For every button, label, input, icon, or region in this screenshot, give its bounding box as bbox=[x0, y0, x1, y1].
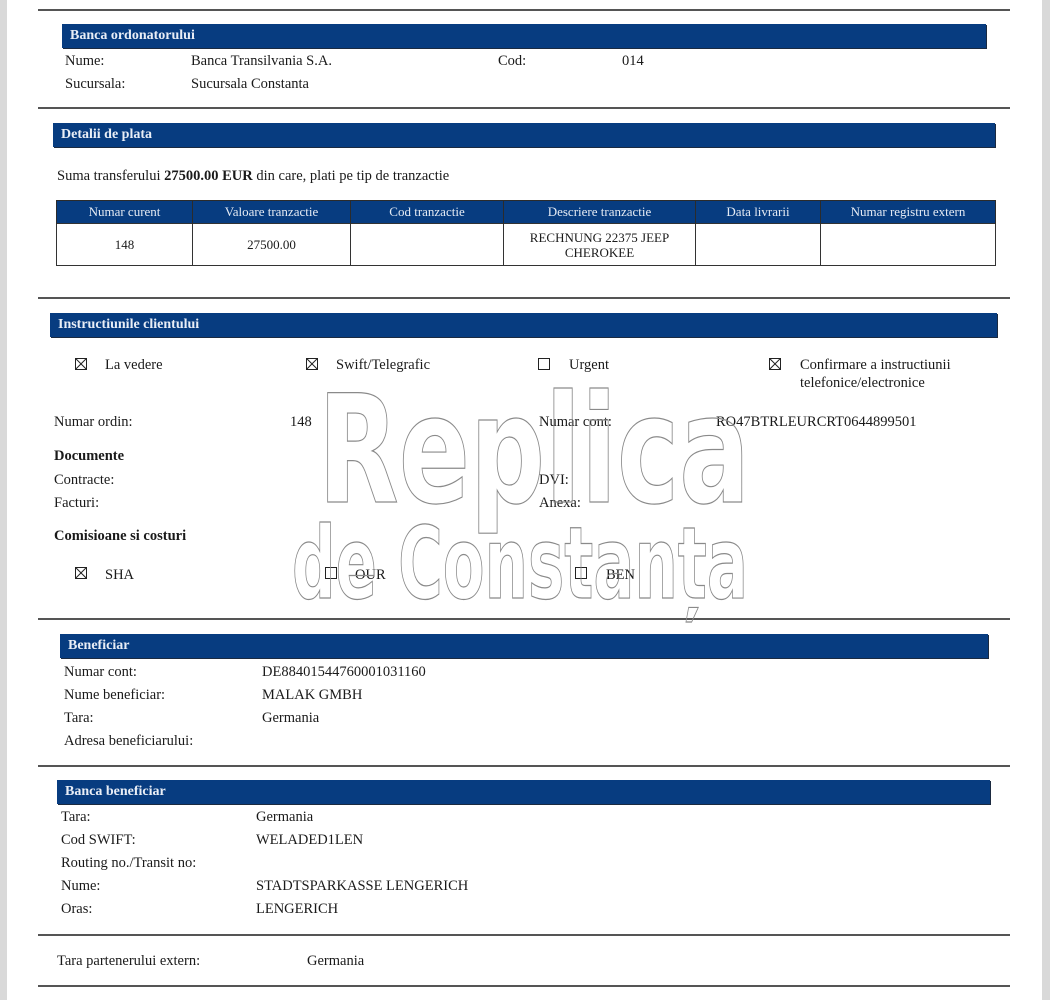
account-number-value: RO47BTRLEURCRT0644899501 bbox=[716, 413, 917, 431]
column-header: Cod tranzactie bbox=[351, 201, 504, 224]
option-label-swift-telegrafic: Swift/Telegrafic bbox=[336, 356, 430, 374]
cell-delivery-date bbox=[696, 224, 821, 266]
page-edge-right bbox=[1042, 0, 1050, 1000]
documents-heading: Documente bbox=[54, 447, 124, 465]
fee-label-sha: SHA bbox=[105, 566, 134, 584]
cell-external-register bbox=[821, 224, 996, 266]
annex-label: Anexa: bbox=[539, 494, 581, 512]
cell-transaction-code bbox=[351, 224, 504, 266]
option-label-urgent: Urgent bbox=[569, 356, 609, 374]
divider bbox=[38, 934, 1010, 936]
divider bbox=[38, 618, 1010, 620]
ordering-bank-name-label: Nume: bbox=[65, 52, 104, 70]
checkbox-swift-telegrafic[interactable] bbox=[306, 358, 318, 370]
beneficiary-account-value: DE88401544760001031160 bbox=[262, 663, 426, 681]
page-edge-left bbox=[0, 0, 7, 1000]
checkbox-confirmation[interactable] bbox=[769, 358, 781, 370]
beneficiary-country-value: Germania bbox=[262, 709, 319, 727]
option-label-la-vedere: La vedere bbox=[105, 356, 163, 374]
order-number-value: 148 bbox=[290, 413, 312, 431]
column-header: Numar curent bbox=[57, 201, 193, 224]
fee-label-ben: BEN bbox=[606, 566, 635, 584]
divider bbox=[38, 297, 1010, 299]
option-label-confirmation: Confirmare a instructiunii telefonice/el… bbox=[800, 356, 980, 392]
column-header: Numar registru extern bbox=[821, 201, 996, 224]
bank-country-value: Germania bbox=[256, 808, 313, 826]
invoices-label: Facturi: bbox=[54, 494, 99, 512]
routing-label: Routing no./Transit no: bbox=[61, 854, 196, 872]
table-row: 148 27500.00 RECHNUNG 22375 JEEP CHEROKE… bbox=[57, 224, 996, 266]
watermark: Replica de Constanța bbox=[0, 0, 1050, 1000]
beneficiary-name-value: MALAK GMBH bbox=[262, 686, 362, 704]
ordering-bank-branch-value: Sucursala Constanta bbox=[191, 75, 309, 93]
account-number-label: Numar cont: bbox=[539, 413, 612, 431]
checkbox-la-vedere[interactable] bbox=[75, 358, 87, 370]
fee-label-our: OUR bbox=[355, 566, 386, 584]
column-header: Descriere tranzactie bbox=[504, 201, 696, 224]
ordering-bank-code-label: Cod: bbox=[498, 52, 526, 70]
divider bbox=[38, 765, 1010, 767]
beneficiary-country-label: Tara: bbox=[64, 709, 94, 727]
partner-country-label: Tara partenerului extern: bbox=[57, 952, 200, 970]
divider bbox=[38, 107, 1010, 109]
bank-name-label: Nume: bbox=[61, 877, 100, 895]
beneficiary-name-label: Nume beneficiar: bbox=[64, 686, 165, 704]
transactions-table: Numar curent Valoare tranzactie Cod tran… bbox=[56, 200, 996, 266]
divider bbox=[38, 9, 1010, 11]
cell-transaction-description: RECHNUNG 22375 JEEP CHEROKEE bbox=[504, 224, 696, 266]
watermark-line2: de Constanța bbox=[292, 505, 748, 622]
ordering-bank-branch-label: Sucursala: bbox=[65, 75, 125, 93]
order-number-label: Numar ordin: bbox=[54, 413, 133, 431]
dvi-label: DVI: bbox=[539, 471, 569, 489]
section-header-ordering-bank: Banca ordonatorului bbox=[62, 24, 986, 48]
fees-heading: Comisioane si costuri bbox=[54, 527, 186, 545]
transfer-summary: Suma transferului 27500.00 EUR din care,… bbox=[57, 167, 449, 185]
ordering-bank-name-value: Banca Transilvania S.A. bbox=[191, 52, 332, 70]
swift-label: Cod SWIFT: bbox=[61, 831, 136, 849]
table-header-row: Numar curent Valoare tranzactie Cod tran… bbox=[57, 201, 996, 224]
divider bbox=[38, 985, 1010, 987]
checkbox-sha[interactable] bbox=[75, 567, 87, 579]
ordering-bank-code-value: 014 bbox=[622, 52, 644, 70]
cell-transaction-value: 27500.00 bbox=[193, 224, 351, 266]
watermark-line1: Replica bbox=[318, 364, 750, 538]
section-header-beneficiary: Beneficiar bbox=[60, 634, 988, 658]
partner-country-value: Germania bbox=[307, 952, 364, 970]
column-header: Data livrarii bbox=[696, 201, 821, 224]
swift-value: WELADED1LEN bbox=[256, 831, 363, 849]
bank-name-value: STADTSPARKASSE LENGERICH bbox=[256, 877, 468, 895]
summary-amount: 27500.00 EUR bbox=[164, 168, 253, 184]
contracts-label: Contracte: bbox=[54, 471, 114, 489]
bank-country-label: Tara: bbox=[61, 808, 91, 826]
section-header-beneficiary-bank: Banca beneficiar bbox=[57, 780, 990, 804]
section-header-client-instructions: Instructiunile clientului bbox=[50, 313, 997, 337]
cell-current-number: 148 bbox=[57, 224, 193, 266]
checkbox-ben[interactable] bbox=[575, 567, 587, 579]
summary-prefix: Suma transferului bbox=[57, 168, 164, 184]
bank-city-value: LENGERICH bbox=[256, 900, 338, 918]
beneficiary-account-label: Numar cont: bbox=[64, 663, 137, 681]
summary-suffix: din care, plati pe tip de tranzactie bbox=[253, 168, 449, 184]
section-header-payment-details: Detalii de plata bbox=[53, 123, 995, 147]
bank-city-label: Oras: bbox=[61, 900, 92, 918]
checkbox-urgent[interactable] bbox=[538, 358, 550, 370]
beneficiary-address-label: Adresa beneficiarului: bbox=[64, 732, 193, 750]
column-header: Valoare tranzactie bbox=[193, 201, 351, 224]
checkbox-our[interactable] bbox=[325, 567, 337, 579]
